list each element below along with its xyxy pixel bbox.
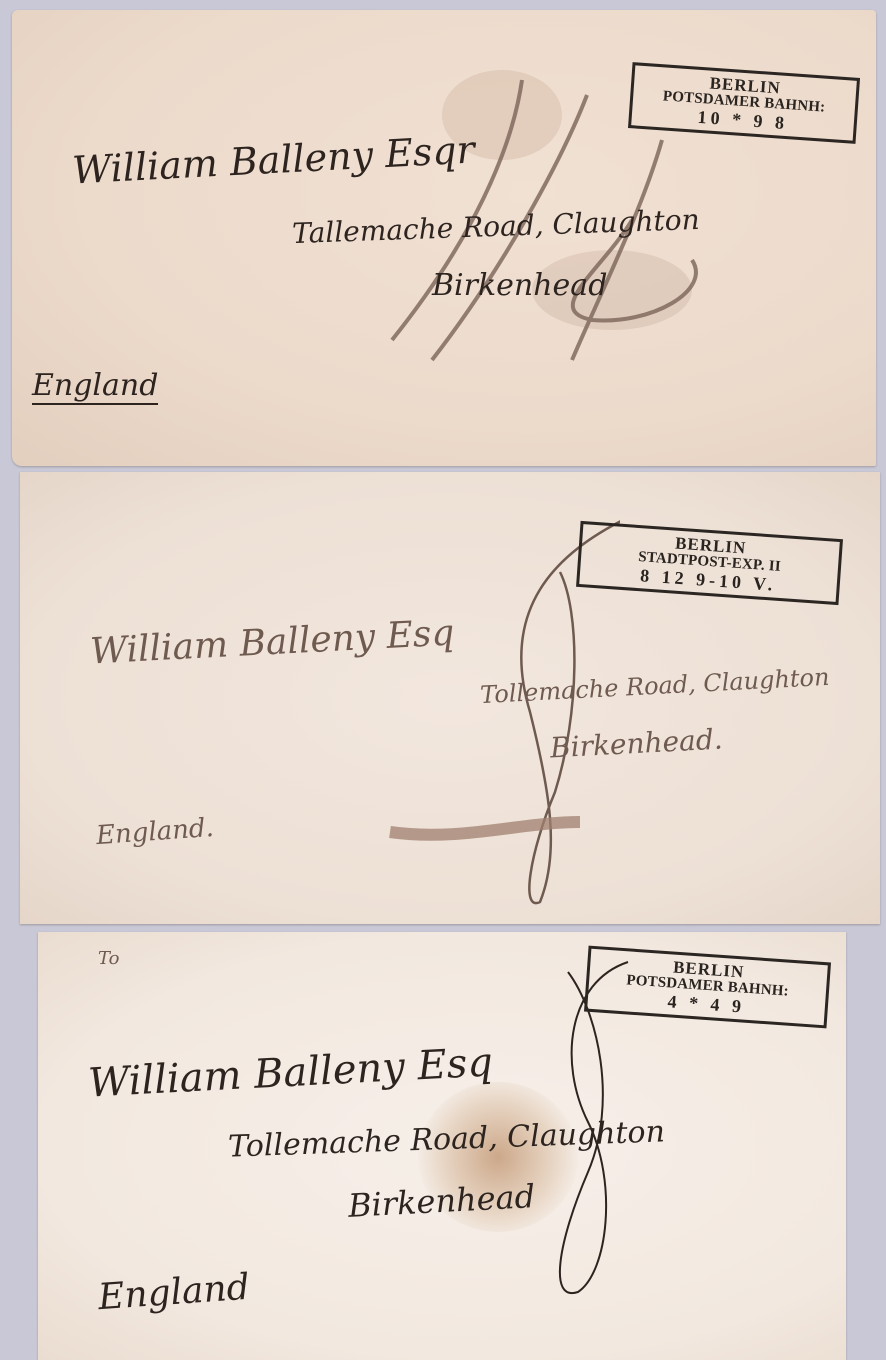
envelope-cover-3: BERLIN POTSDAMER BAHNH: 4 * 4 9 To Willi…	[38, 932, 846, 1360]
address-country: England	[97, 1267, 251, 1318]
envelope-cover-2: BERLIN STADTPOST-EXP. II 8 12 9-10 V. Wi…	[20, 472, 880, 924]
address-prefix: To	[98, 948, 119, 969]
envelope-cover-1: BERLIN POTSDAMER BAHNH: 10 * 9 8 William…	[12, 10, 876, 466]
addressee-name: William Balleny Esq	[87, 1039, 494, 1106]
address-country: England	[32, 368, 158, 405]
address-town: Birkenhead	[432, 268, 607, 303]
address-country: England.	[95, 813, 215, 851]
